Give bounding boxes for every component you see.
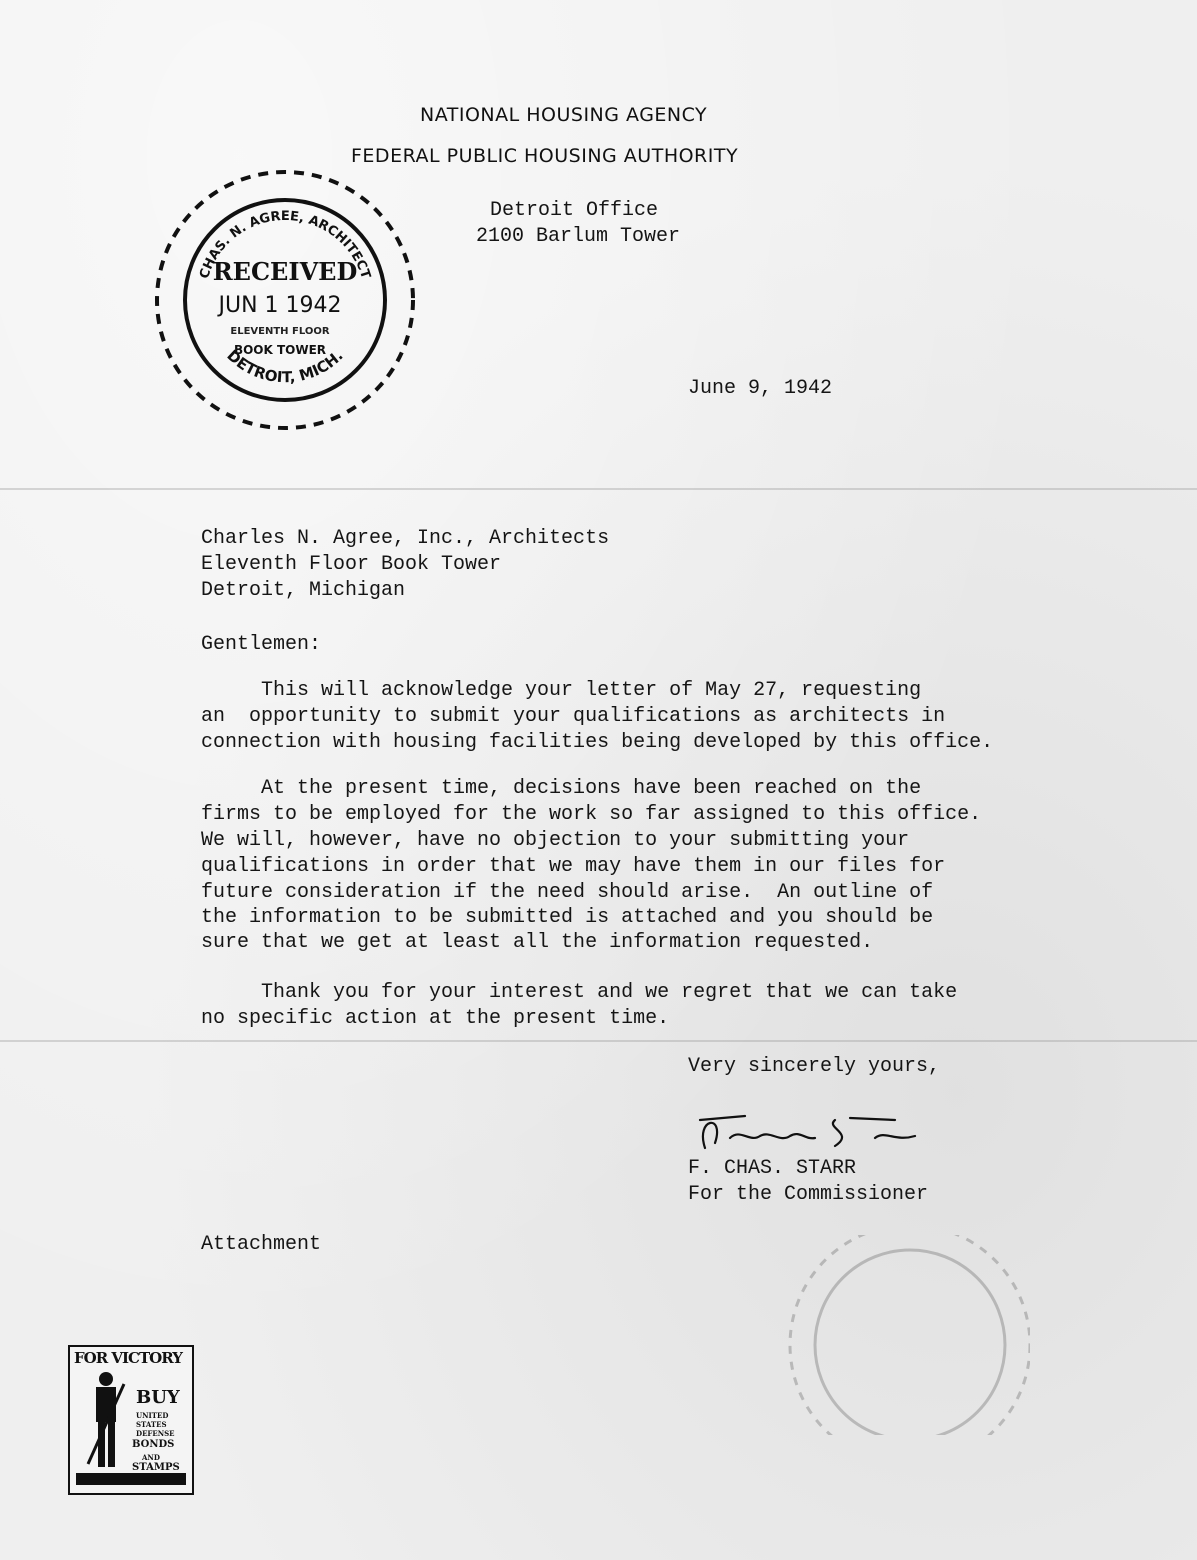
recipient-line-3: Detroit, Michigan <box>201 578 405 604</box>
recipient-line-2: Eleventh Floor Book Tower <box>201 552 501 578</box>
paper-fold <box>0 488 1197 490</box>
salutation: Gentlemen: <box>201 632 321 658</box>
minuteman-icon <box>76 1369 136 1479</box>
stamp-floor: ELEVENTH FLOOR <box>230 326 329 337</box>
paper-fold <box>0 1040 1197 1042</box>
poster-title: FOR VICTORY <box>74 1349 182 1367</box>
stamp-date: JUN 1 1942 <box>216 293 341 318</box>
enclosure-note: Attachment <box>201 1232 321 1258</box>
victory-bonds-poster: FOR VICTORY BUY UNITED STATES DEFENSE BO… <box>68 1345 194 1495</box>
signature <box>685 1108 935 1158</box>
agency-name: NATIONAL HOUSING AGENCY <box>420 104 707 126</box>
signer-title: For the Commissioner <box>688 1182 928 1208</box>
received-stamp: CHAS. N. AGREE, ARCHITECT RECEIVED JUN 1… <box>150 160 420 450</box>
office-name: Detroit Office <box>490 198 658 224</box>
closing: Very sincerely yours, <box>688 1054 940 1080</box>
office-address: 2100 Barlum Tower <box>476 224 680 250</box>
faint-stamp <box>770 1235 1030 1435</box>
letter-date: June 9, 1942 <box>688 376 832 402</box>
recipient-line-1: Charles N. Agree, Inc., Architects <box>201 526 609 552</box>
stamp-label: RECEIVED <box>213 257 358 286</box>
stamp-building: BOOK TOWER <box>234 343 326 357</box>
poster-base <box>76 1473 186 1485</box>
poster-buy: BUY <box>136 1387 180 1408</box>
signer-name: F. CHAS. STARR <box>688 1156 856 1182</box>
